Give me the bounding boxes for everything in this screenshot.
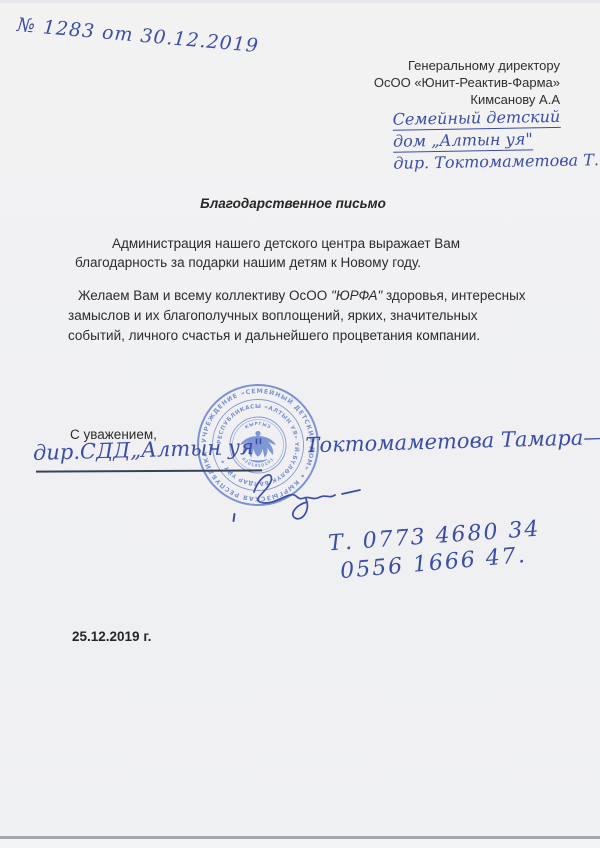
recipient-block: Генеральному директору ОсОО «Юнит-Реакти… (374, 57, 560, 108)
company-name-italic: "ЮРФА" (331, 288, 382, 303)
registration-note: № 1283 от 30.12.2019 (16, 14, 260, 57)
letter-title: Благодарственное письмо (0, 196, 586, 211)
letter-date: 25.12.2019 г. (72, 629, 151, 644)
recipient-company: ОсОО «Юнит-Реактив-Фарма» (374, 74, 560, 91)
sender-line-3: дир. Токтомаметова Т. (393, 150, 599, 173)
paragraph-2: Желаем Вам и всему коллективу ОсОО "ЮРФА… (68, 286, 536, 346)
scanner-background (0, 839, 600, 848)
svg-text:КЫРГЫЗ: КЫРГЫЗ (244, 421, 272, 431)
recipient-position: Генеральному директору (374, 57, 560, 74)
scanned-letter-page: № 1283 от 30.12.2019 Генеральному директ… (0, 0, 600, 848)
signature-right-text: Токтомаметова Тамара— (305, 425, 600, 457)
paper-top-edge (0, 0, 600, 3)
paragraph-1: Администрация нашего детского центра выр… (75, 234, 547, 272)
sender-line-2: дом „Алтын уя" (393, 128, 533, 152)
handwritten-sender-block: Семейный детский дом „Алтын уя" дир. Ток… (392, 105, 599, 174)
paragraph-2-prefix: Желаем Вам и всему коллективу ОсОО (78, 288, 331, 303)
stamp-emblem-text: КЫРГЫЗ (244, 421, 272, 431)
sender-line-1: Семейный детский (392, 106, 560, 131)
signature-flourish-icon (238, 466, 378, 528)
ink-mark (232, 513, 235, 522)
